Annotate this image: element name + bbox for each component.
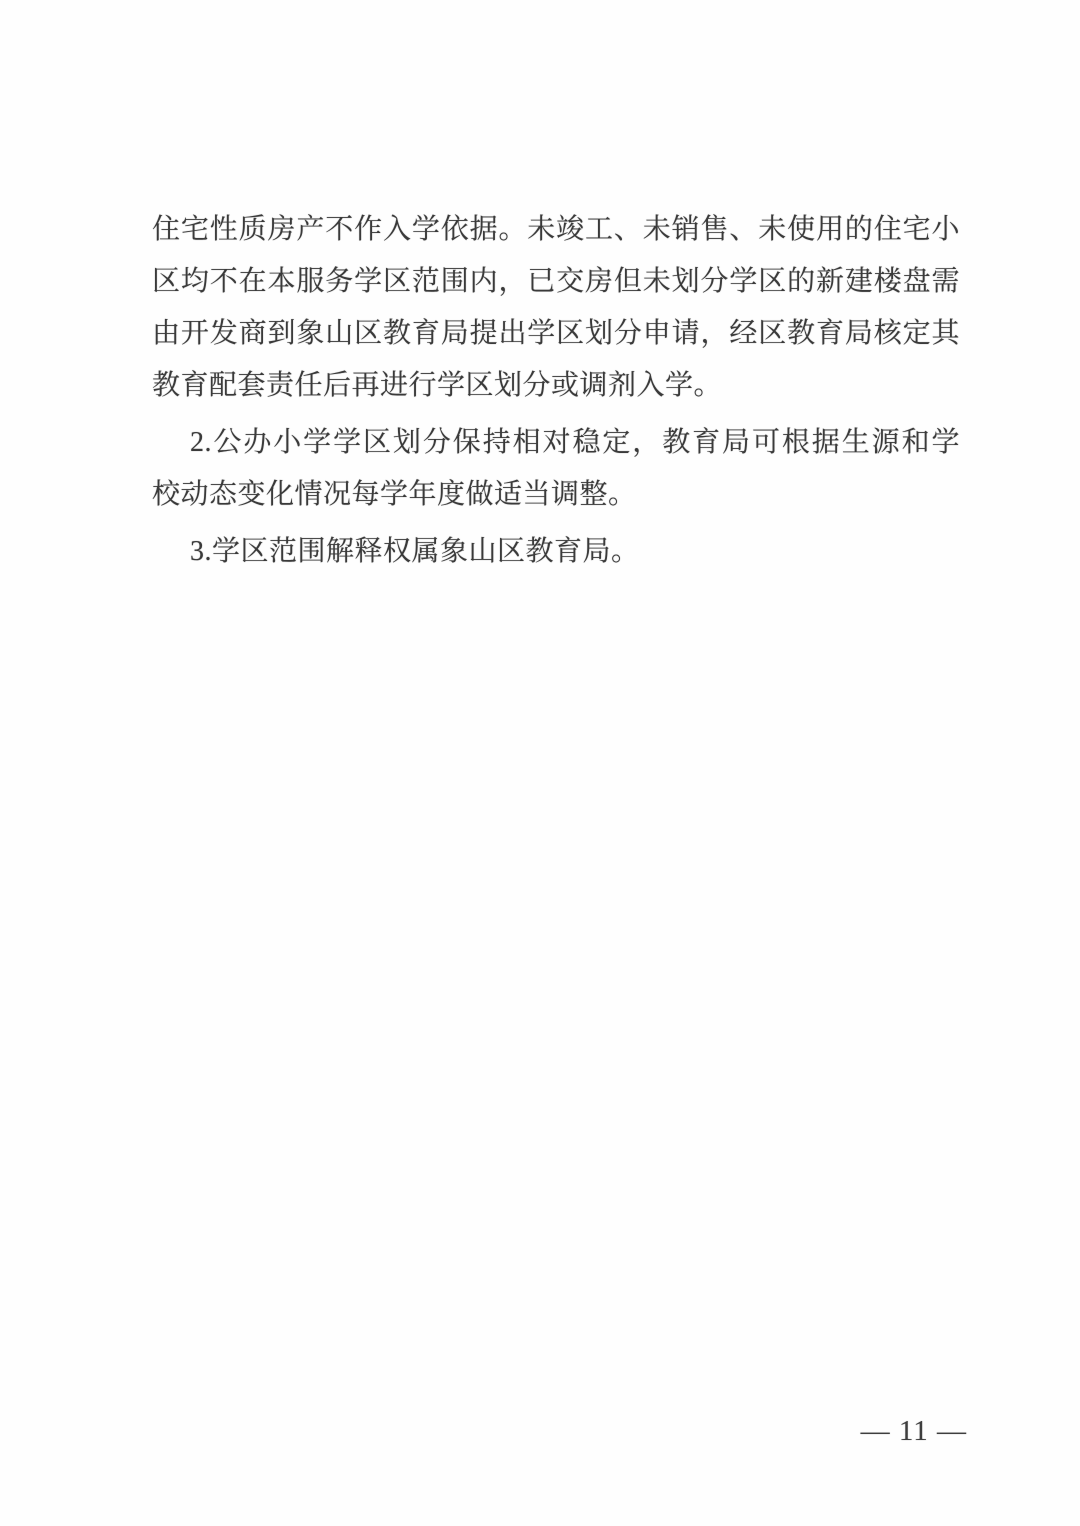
page-number: — 11 — [0,1415,967,1448]
paragraph: 3.学区范围解释权属象山区教育局。 [152,526,960,578]
paragraph: 2.公办小学学区划分保持相对稳定，教育局可根据生源和学校动态变化情况每学年度做适… [152,417,960,521]
document-page: 住宅性质房产不作入学依据。未竣工、未销售、未使用的住宅小区均不在本服务学区范围内… [0,0,1080,1526]
body-text: 住宅性质房产不作入学依据。未竣工、未销售、未使用的住宅小区均不在本服务学区范围内… [152,204,960,578]
text-line: 3.学区范围解释权属象山区教育局。 [152,526,960,578]
text-line: 2.公办小学学区划分保持相对稳定，教育局可根据生源和学 [152,417,960,469]
text-line: 校动态变化情况每学年度做适当调整。 [152,469,960,521]
text-line: 区均不在本服务学区范围内，已交房但未划分学区的新建楼盘需 [152,256,960,308]
paragraph: 住宅性质房产不作入学依据。未竣工、未销售、未使用的住宅小区均不在本服务学区范围内… [152,204,960,412]
text-line: 教育配套责任后再进行学区划分或调剂入学。 [152,360,960,412]
text-line: 住宅性质房产不作入学依据。未竣工、未销售、未使用的住宅小 [152,204,960,256]
text-line: 由开发商到象山区教育局提出学区划分申请，经区教育局核定其 [152,308,960,360]
